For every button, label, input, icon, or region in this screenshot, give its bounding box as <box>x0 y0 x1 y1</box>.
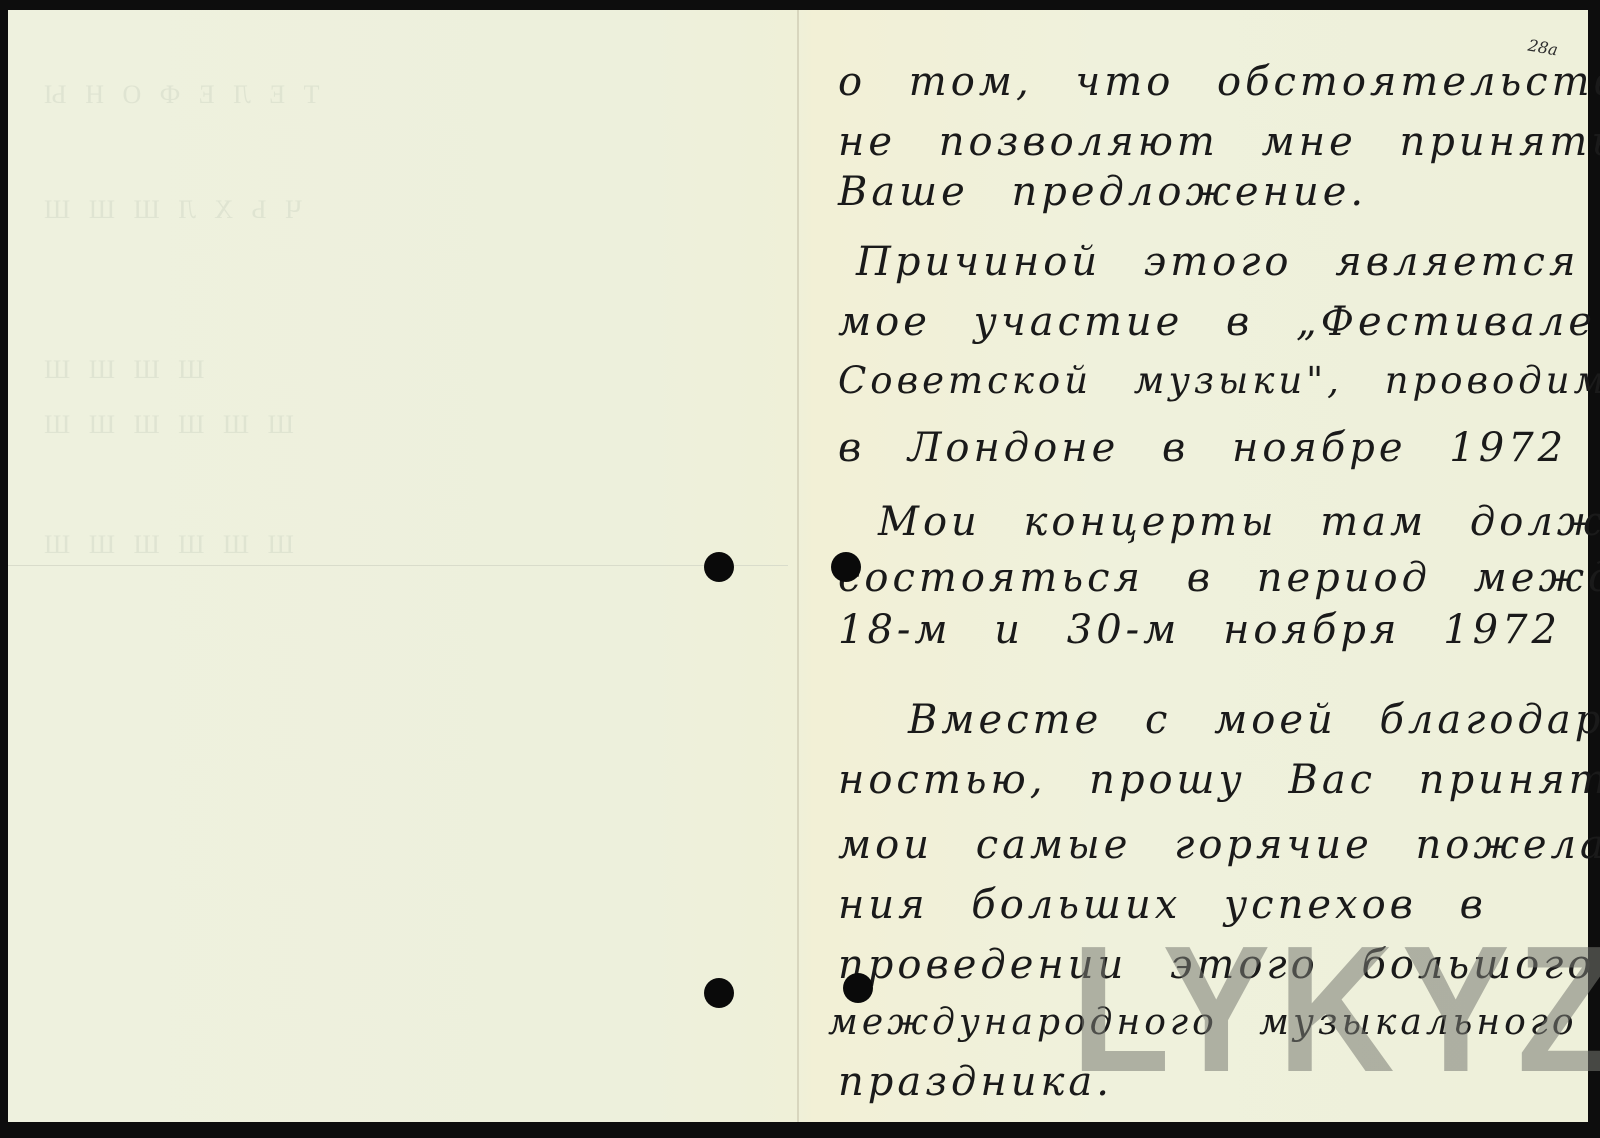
letter-line: 18-м и 30-м ноября 1972 г. <box>838 610 1600 650</box>
letter-line: ностью, прошу Вас принять <box>838 760 1600 800</box>
letter-line: в Лондоне в ноябре 1972 г. <box>838 428 1600 468</box>
letter-line: мое участие в „Фестивале <box>838 302 1596 342</box>
letter-line: ния больших успехов в <box>838 885 1487 925</box>
letter-line: Ваше предложение. <box>838 172 1367 212</box>
bleed-through-text: Ш Ш Ш Ш Ш Ш <box>38 530 294 560</box>
document-scan: Т Е Л Е Ф О Н Ы Ч Ь Х Л Ш Ш Ш Ш Ш Ш Ш Ш … <box>0 0 1600 1138</box>
right-page: 28а о том, что обстоятельства не позволя… <box>798 10 1588 1122</box>
letter-line: Советской музыки", проводимой <box>838 362 1600 399</box>
paper-sheet: Т Е Л Е Ф О Н Ы Ч Ь Х Л Ш Ш Ш Ш Ш Ш Ш Ш … <box>8 10 1588 1122</box>
bleed-through-text: Ш Ш Ш Ш <box>38 355 204 385</box>
handwritten-letter-body: о том, что обстоятельства не позволяют м… <box>838 10 1558 1122</box>
punch-hole <box>843 973 873 1003</box>
horizontal-fold-line <box>8 565 788 566</box>
bleed-through-text: Ч Ь Х Л Ш Ш Ш <box>38 195 302 225</box>
letter-line: о том, что обстоятельства <box>838 62 1600 102</box>
letter-line: Причиной этого является <box>856 242 1579 282</box>
punch-hole <box>704 978 734 1008</box>
punch-hole <box>704 552 734 582</box>
letter-line: состояться в период между <box>838 558 1600 598</box>
bleed-through-text: Т Е Л Е Ф О Н Ы <box>38 80 320 110</box>
letter-line: проведении этого большого <box>838 945 1595 985</box>
letter-line: Мои концерты там должны <box>878 502 1600 542</box>
letter-line: праздника. <box>838 1062 1113 1102</box>
bleed-through-text: Ш Ш Ш Ш Ш Ш <box>38 410 294 440</box>
letter-line: мои самые горячие пожела- <box>838 825 1600 865</box>
left-page: Т Е Л Е Ф О Н Ы Ч Ь Х Л Ш Ш Ш Ш Ш Ш Ш Ш … <box>8 10 798 1122</box>
letter-line: международного музыкального <box>828 1005 1578 1041</box>
letter-line: не позволяют мне принять <box>838 122 1600 162</box>
punch-hole <box>831 552 861 582</box>
letter-line: Вместе с моей благодар- <box>908 700 1600 740</box>
